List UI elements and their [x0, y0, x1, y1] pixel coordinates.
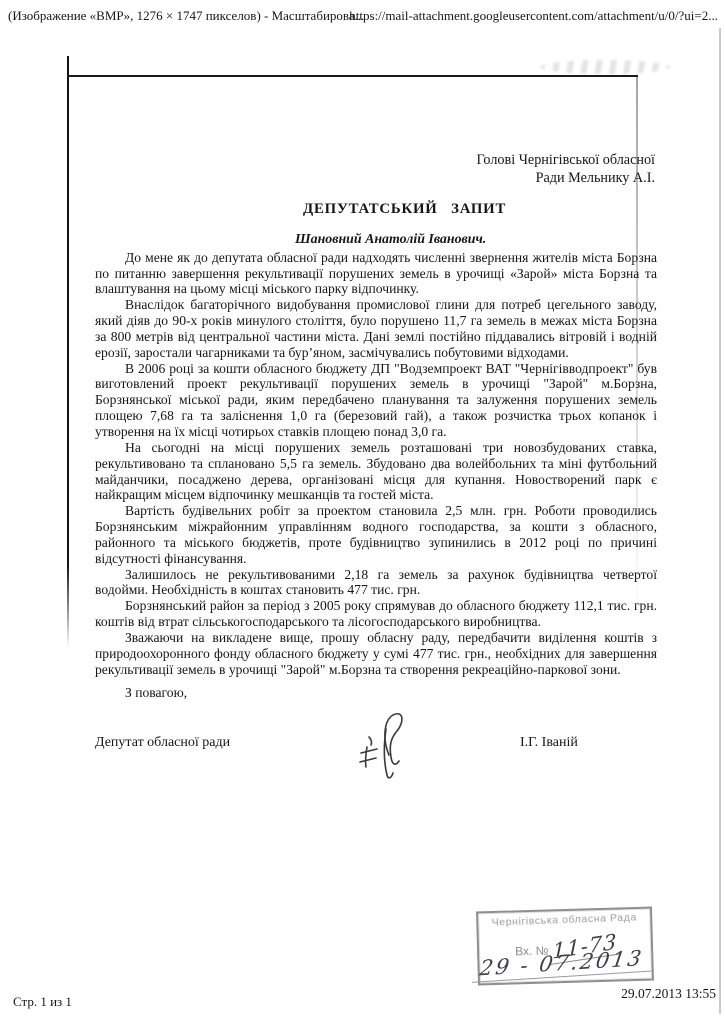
- scan-border-left: [67, 56, 69, 648]
- stamp-organization: Чернігівська обласна Рада: [478, 911, 650, 929]
- signature-row: Депутат обласної ради І.Г. Іваній: [95, 721, 657, 793]
- print-header-title: (Изображение «BMP», 1276 × 1747 пикселов…: [8, 8, 364, 24]
- print-footer-page-number: Стр. 1 из 1: [13, 994, 72, 1010]
- signature-role: Депутат обласної ради: [95, 735, 230, 751]
- addressee-line: Голові Чернігівської обласної: [95, 152, 655, 170]
- scan-noise: [540, 60, 670, 74]
- closing-phrase: З повагою,: [125, 685, 657, 701]
- document-title: ДЕПУТАТСЬКИЙ ЗАПИТ: [303, 202, 657, 218]
- print-header-url: https://mail-attachment.googleuserconten…: [349, 8, 718, 24]
- scanned-letter: Голові Чернігівської обласної Ради Мельн…: [95, 152, 657, 793]
- stamp-date-handwritten: 29 - 07.2013: [472, 945, 656, 983]
- paragraph: Вартість будівельних робіт за проектом с…: [95, 503, 657, 566]
- letter-body: До мене як до депутата обласної ради над…: [95, 250, 657, 678]
- paragraph: Внаслідок багаторічного видобування пром…: [95, 297, 657, 360]
- signature-name: І.Г. Іваній: [520, 735, 578, 751]
- scan-border-top: [67, 75, 638, 77]
- incoming-stamp: Чернігівська обласна Рада Вх. №11-73 29 …: [476, 907, 654, 986]
- print-preview-page: (Изображение «BMP», 1276 × 1747 пикселов…: [0, 0, 725, 1024]
- paragraph: Залишилось не рекультивованими 2,18 га з…: [95, 567, 657, 599]
- addressee-block: Голові Чернігівської обласної Ради Мельн…: [95, 152, 657, 187]
- paragraph: Зважаючи на викладене вище, прошу обласн…: [95, 630, 657, 678]
- paragraph: На сьогодні на місці порушених земель ро…: [95, 440, 657, 503]
- paragraph: До мене як до депутата обласної ради над…: [95, 250, 657, 298]
- print-footer-timestamp: 29.07.2013 13:55: [621, 986, 716, 1002]
- paragraph: В 2006 році за кошти обласного бюджету Д…: [95, 361, 657, 440]
- paragraph: Борзнянський район за період з 2005 року…: [95, 598, 657, 630]
- addressee-line: Ради Мельнику А.І.: [95, 170, 655, 188]
- scan-border-right-edge: [719, 28, 721, 1014]
- salutation: Шановний Анатолій Іванович.: [295, 232, 657, 248]
- signature-scribble-icon: [353, 709, 415, 787]
